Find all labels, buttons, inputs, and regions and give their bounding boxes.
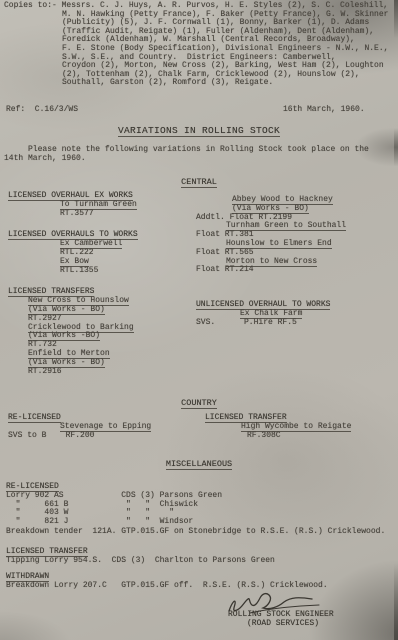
breakdown-tender-line: Breakdown tender 121A. GTP.015.GF on Sto… — [6, 528, 396, 537]
fleet-number: SVS. P.Hire RF.5 — [196, 318, 297, 327]
intro-paragraph: Please note the following variations in … — [4, 146, 369, 164]
fleet-number: Float RT.214 — [196, 265, 254, 274]
section-heading-central-text: CENTRAL — [181, 177, 217, 188]
fleet-number: Float RT.381 — [196, 230, 254, 239]
fleet-number: RT.732 — [28, 340, 57, 349]
subsection-heading: RE-LICENSED — [8, 413, 61, 423]
section-heading-miscellaneous-text: MISCELLANEOUS — [166, 459, 232, 470]
intro-line: 14th March, 1960. — [4, 155, 369, 164]
section-heading-country-text: COUNTRY — [181, 398, 217, 409]
fleet-number: RT.3577 — [60, 209, 94, 218]
section-heading-miscellaneous: MISCELLANEOUS — [0, 459, 398, 469]
copies-block: Copies to:- Messrs. C. J. Huys, A. R. Pu… — [4, 2, 388, 88]
country-right-column: LICENSED TRANSFER High Wycombe to Reigat… — [205, 414, 351, 440]
fleet-number: RT.2927 — [28, 314, 62, 323]
country-left-column: RE-LICENSED Stevenage to Epping SVS to B… — [8, 414, 151, 440]
fleet-number: RF.308C — [247, 431, 281, 440]
fleet-number: RTL.222 — [60, 248, 94, 257]
fleet-number: Float RT.565 — [196, 248, 254, 257]
fleet-number: Addtl. Float RT.2199 — [196, 213, 292, 222]
section-heading-country: COUNTRY — [0, 398, 398, 408]
fleet-number: RTL.1355 — [60, 266, 98, 275]
document-date: 16th March, 1960. — [283, 106, 365, 115]
central-left-column: LICENSED OVERHAUL EX WORKS To Turnham Gr… — [8, 192, 194, 376]
fleet-number: SVS to B RF.200 — [8, 431, 94, 440]
withdrawn-lorry-line: Breakdown Lorry 207.C GTP.015.GF off. R.… — [6, 582, 396, 591]
misc-row: " 821 J " " Windsor — [6, 518, 396, 527]
fleet-number: RT.2916 — [28, 367, 62, 376]
tipping-lorry-line: Tipping Lorry 954.S. CDS (3) Charlton to… — [6, 557, 396, 566]
page-title: VARIATIONS IN ROLLING STOCK — [0, 125, 398, 136]
reference-number: Ref: C.16/3/WS — [6, 106, 78, 115]
document-page: Copies to:- Messrs. C. J. Huys, A. R. Pu… — [0, 0, 398, 640]
signature-role-line2: (ROAD SERVICES) — [247, 620, 319, 629]
section-heading-central: CENTRAL — [0, 177, 398, 187]
central-right-column: Abbey Wood to Hackney (Via Works - BO) A… — [196, 196, 396, 328]
miscellaneous-block: RE-LICENSED Lorry 902 AS CDS (3) Parsons… — [6, 483, 396, 591]
copies-line: Southall, Garston (2), Romford (3), Reig… — [62, 79, 388, 88]
page-title-text: VARIATIONS IN ROLLING STOCK — [118, 125, 280, 137]
